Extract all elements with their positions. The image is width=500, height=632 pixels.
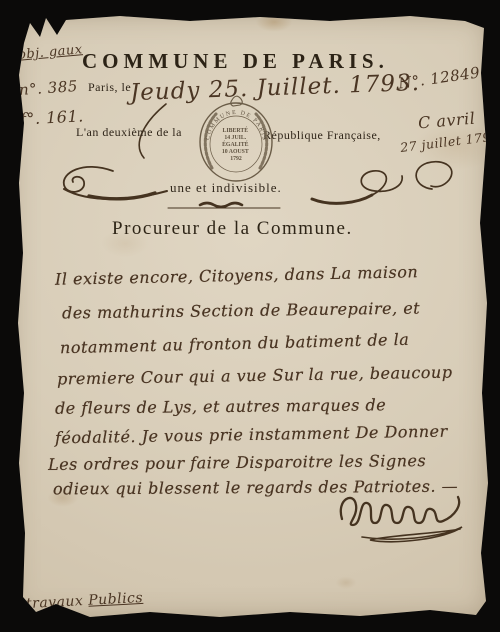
document-paper: obj. gaux n°. 385 f°. 161. COMMUNE DE PA…: [10, 13, 490, 619]
annotation-folio: f°. 161.: [20, 106, 85, 128]
seal-line-10aoust: 10 AOUST: [222, 149, 249, 155]
procureur-heading: Procureur de la Commune.: [112, 218, 353, 240]
bottom-category-word2: Publics: [88, 590, 144, 609]
commune-seal: COMMUNE DE PARIS LIBERTÉ 14 JUIL. ÉGALIT…: [196, 92, 276, 184]
document-title: COMMUNE DE PARIS.: [82, 49, 389, 74]
annotation-month-note: C avril: [417, 109, 476, 133]
body-line: Les ordres pour faire Disparoitre les Si…: [48, 451, 426, 474]
annotation-numero-left: n°. 385: [18, 77, 78, 99]
bottom-category-word1: travaux: [26, 593, 84, 612]
left-calligraphic-flourish: [55, 165, 173, 209]
seal-line-1792: 1792: [230, 156, 242, 162]
body-line: de fleurs de Lys, et autres marques de: [55, 395, 386, 417]
body-line: féodalité. Je vous prie instamment De Do…: [55, 422, 448, 448]
republique-label: République Française,: [263, 128, 381, 143]
body-line: premiere Cour qui a vue Sur la rue, beau…: [57, 363, 453, 389]
paris-le-label: Paris, le: [88, 80, 131, 95]
une-et-indivisible-label: une et indivisible.: [170, 180, 282, 196]
body-line: des mathurins Section de Beaurepaire, et: [62, 299, 420, 323]
seal-line-egalite: ÉGALITÉ: [222, 140, 249, 148]
an-deuxieme-label: L'an deuxième de la: [76, 125, 182, 140]
svg-text:LIBERTÉ 14 JUIL.: LIBERTÉ 14 JUIL. ÉGALITÉ 10 AOUST 1792: [222, 126, 250, 162]
body-line: Il existe encore, Citoyens, dans La mais…: [55, 262, 419, 289]
annotation-date-note: 27 juillet 1793: [399, 128, 500, 155]
seal-line-liberte: LIBERTÉ: [222, 126, 248, 134]
decorative-rule: [168, 199, 280, 213]
seal-line-14juil: 14 JUIL.: [224, 135, 246, 141]
photo-background: obj. gaux n°. 385 f°. 161. COMMUNE DE PA…: [0, 0, 500, 632]
body-line: notamment au fronton du batiment de la: [60, 330, 410, 358]
signature-flourish: [332, 483, 482, 551]
annotation-numero-right: N°. 12849: [397, 63, 481, 92]
annotation-bottom-category: travaux Publics: [26, 590, 144, 612]
annotation-obj-general: obj. gaux: [17, 42, 83, 63]
liberty-cap-icon: [231, 96, 243, 106]
right-calligraphic-flourish: [310, 153, 480, 215]
